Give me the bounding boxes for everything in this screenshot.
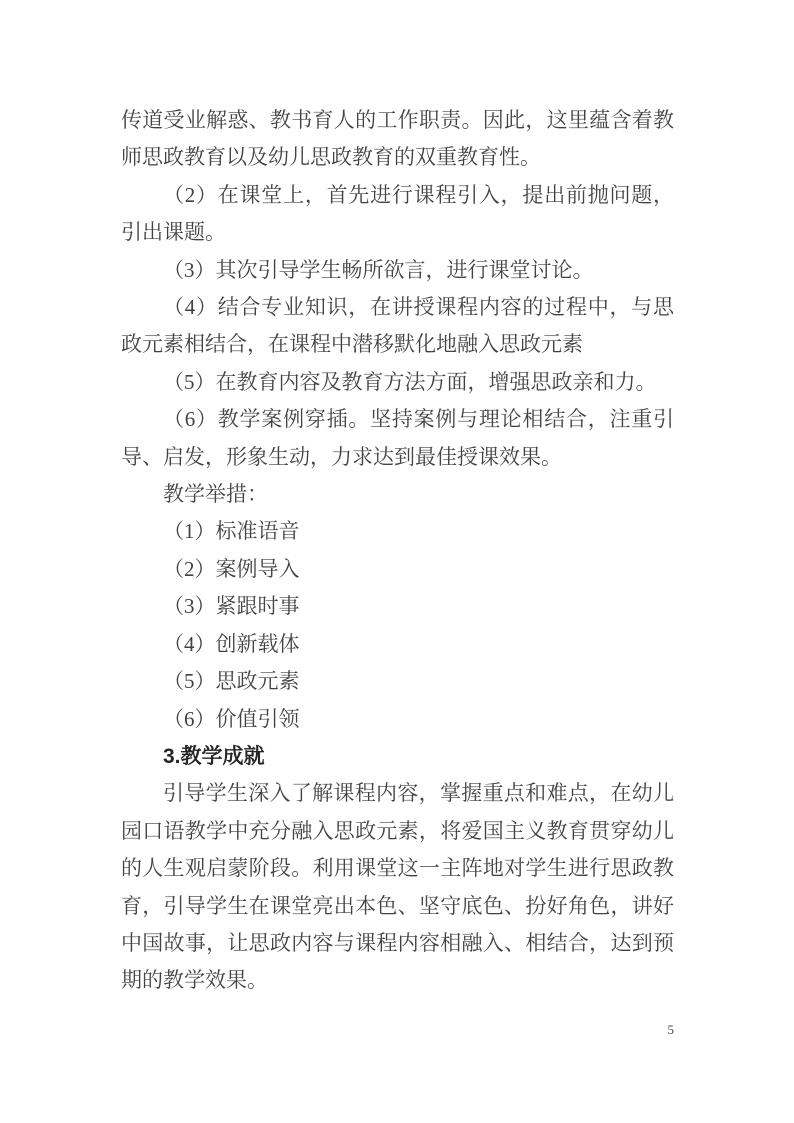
paragraph: （3）其次引导学生畅所欲言，进行课堂讨论。 bbox=[121, 252, 674, 289]
text-line: 教学举措： bbox=[121, 476, 674, 513]
paragraph: （6）价值引领 bbox=[121, 701, 674, 738]
text-line: 园口语教学中充分融入思政元素，将爱国主义教育贯穿幼儿 bbox=[121, 813, 674, 850]
text-line: 中国故事，让思政内容与课程内容相融入、相结合，达到预 bbox=[121, 925, 674, 962]
page-number: 5 bbox=[668, 1022, 675, 1037]
paragraph: （4）创新载体 bbox=[121, 626, 674, 663]
text-line: （2）案例导入 bbox=[121, 551, 674, 588]
paragraph: （3）紧跟时事 bbox=[121, 588, 674, 625]
document-page: 传道受业解惑、教书育人的工作职责。因此，这里蕴含着教师思政教育以及幼儿思政教育的… bbox=[0, 0, 794, 1123]
text-line: 引导学生深入了解课程内容，掌握重点和难点，在幼儿 bbox=[121, 775, 674, 812]
paragraph: （4）结合专业知识，在讲授课程内容的过程中，与思政元素相结合，在课程中潜移默化地… bbox=[121, 289, 674, 364]
text-line: 师思政教育以及幼儿思政教育的双重教育性。 bbox=[121, 139, 674, 176]
text-line: （5）思政元素 bbox=[121, 663, 674, 700]
text-line: 导、启发，形象生动，力求达到最佳授课效果。 bbox=[121, 439, 674, 476]
paragraph: （5）在教育内容及教育方法方面，增强思政亲和力。 bbox=[121, 364, 674, 401]
text-line: （2）在课堂上，首先进行课程引入，提出前抛问题， bbox=[121, 177, 674, 214]
text-line: 期的教学效果。 bbox=[121, 962, 674, 999]
text-line: （5）在教育内容及教育方法方面，增强思政亲和力。 bbox=[121, 364, 674, 401]
paragraph: （2）在课堂上，首先进行课程引入，提出前抛问题，引出课题。 bbox=[121, 177, 674, 252]
paragraph: （6）教学案例穿插。坚持案例与理论相结合，注重引导、启发，形象生动，力求达到最佳… bbox=[121, 401, 674, 476]
text-line: 的人生观启蒙阶段。利用课堂这一主阵地对学生进行思政教 bbox=[121, 850, 674, 887]
paragraph: 引导学生深入了解课程内容，掌握重点和难点，在幼儿园口语教学中充分融入思政元素，将… bbox=[121, 775, 674, 999]
text-line: （4）创新载体 bbox=[121, 626, 674, 663]
text-line: 传道受业解惑、教书育人的工作职责。因此，这里蕴含着教 bbox=[121, 102, 674, 139]
paragraph: 传道受业解惑、教书育人的工作职责。因此，这里蕴含着教师思政教育以及幼儿思政教育的… bbox=[121, 102, 674, 177]
text-line: （3）其次引导学生畅所欲言，进行课堂讨论。 bbox=[121, 252, 674, 289]
section-heading: 3.教学成就 bbox=[121, 738, 674, 775]
text-line: （6）教学案例穿插。坚持案例与理论相结合，注重引 bbox=[121, 401, 674, 438]
text-line: （1）标准语音 bbox=[121, 513, 674, 550]
paragraph: 教学举措： bbox=[121, 476, 674, 513]
text-line: 引出课题。 bbox=[121, 214, 674, 251]
document-body: 传道受业解惑、教书育人的工作职责。因此，这里蕴含着教师思政教育以及幼儿思政教育的… bbox=[121, 102, 674, 1000]
paragraph: （1）标准语音 bbox=[121, 513, 674, 550]
text-line: （3）紧跟时事 bbox=[121, 588, 674, 625]
paragraph: （2）案例导入 bbox=[121, 551, 674, 588]
paragraph: （5）思政元素 bbox=[121, 663, 674, 700]
text-line: 育，引导学生在课堂亮出本色、坚守底色、扮好角色，讲好 bbox=[121, 888, 674, 925]
text-line: （6）价值引领 bbox=[121, 701, 674, 738]
text-line: 政元素相结合，在课程中潜移默化地融入思政元素 bbox=[121, 326, 674, 363]
text-line: 3.教学成就 bbox=[121, 738, 674, 775]
text-line: （4）结合专业知识，在讲授课程内容的过程中，与思 bbox=[121, 289, 674, 326]
page-footer: 5 bbox=[668, 1022, 675, 1038]
